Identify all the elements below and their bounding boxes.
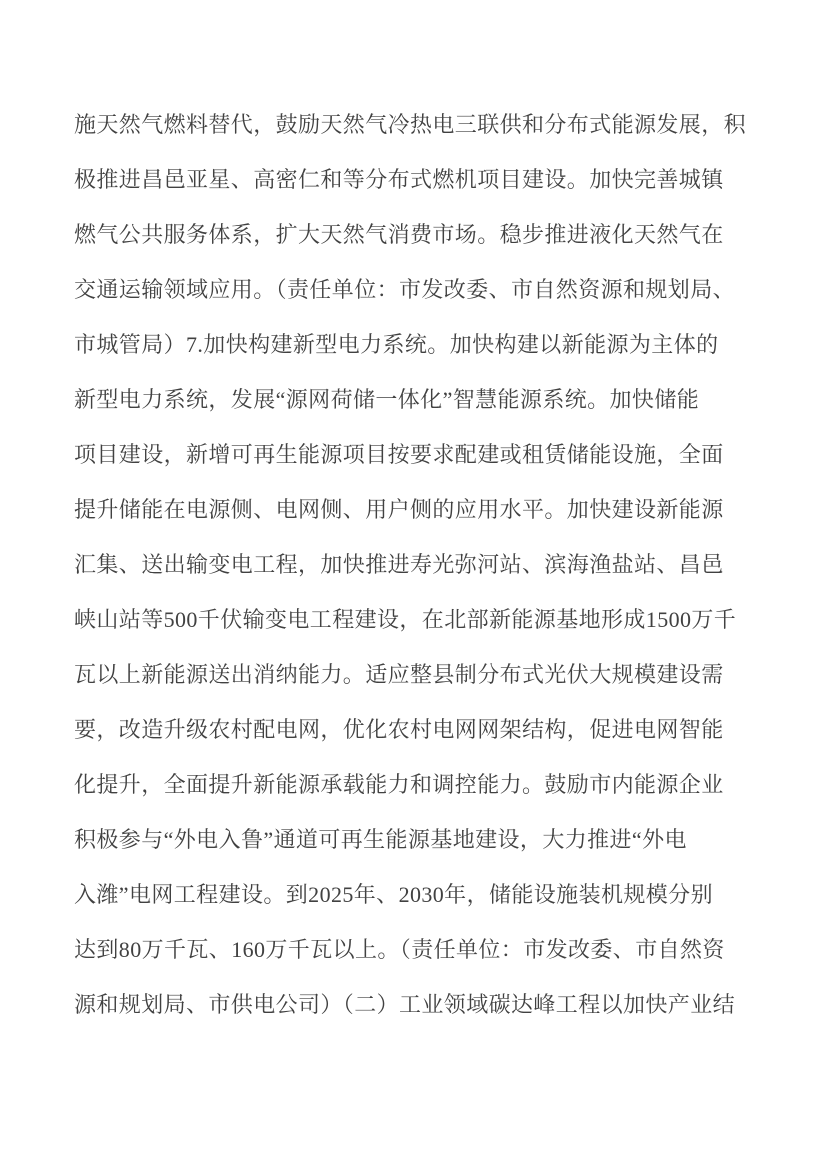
document-text-line: 极推进昌邑亚星、高密仁和等分布式燃机项目建设。加快完善城镇: [74, 152, 754, 207]
document-text-line: 市城管局）7.加快构建新型电力系统。加快构建以新能源为主体的: [74, 317, 754, 372]
document-text-line: 瓦以上新能源送出消纳能力。适应整县制分布式光伏大规模建设需: [74, 647, 754, 702]
document-text-line: 峡山站等500千伏输变电工程建设，在北部新能源基地形成1500万千: [74, 592, 754, 647]
document-text-line: 交通运输领域应用。（责任单位：市发改委、市自然资源和规划局、: [74, 262, 754, 317]
document-text-line: 汇集、送出输变电工程，加快推进寿光弥河站、滨海渔盐站、昌邑: [74, 537, 754, 592]
document-text-line: 入潍”电网工程建设。到2025年、2030年，储能设施装机规模分别: [74, 867, 754, 922]
document-text-line: 提升储能在电源侧、电网侧、用户侧的应用水平。加快建设新能源: [74, 482, 754, 537]
document-text-line: 项目建设，新增可再生能源项目按要求配建或租赁储能设施，全面: [74, 427, 754, 482]
document-text-line: 施天然气燃料替代，鼓励天然气冷热电三联供和分布式能源发展，积: [74, 97, 754, 152]
document-text-line: 积极参与“外电入鲁”通道可再生能源基地建设，大力推进“外电: [74, 812, 754, 867]
document-text-line: 燃气公共服务体系，扩大天然气消费市场。稳步推进液化天然气在: [74, 207, 754, 262]
document-text-line: 新型电力系统，发展“源网荷储一体化”智慧能源系统。加快储能: [74, 372, 754, 427]
document-page: 施天然气燃料替代，鼓励天然气冷热电三联供和分布式能源发展，积 极推进昌邑亚星、高…: [0, 0, 826, 1169]
document-text-line: 达到80万千瓦、160万千瓦以上。（责任单位：市发改委、市自然资: [74, 922, 754, 977]
document-text-line: 源和规划局、市供电公司）（二）工业领域碳达峰工程以加快产业结: [74, 977, 754, 1032]
document-text-line: 化提升，全面提升新能源承载能力和调控能力。鼓励市内能源企业: [74, 757, 754, 812]
document-text-line: 要，改造升级农村配电网，优化农村电网网架结构，促进电网智能: [74, 702, 754, 757]
